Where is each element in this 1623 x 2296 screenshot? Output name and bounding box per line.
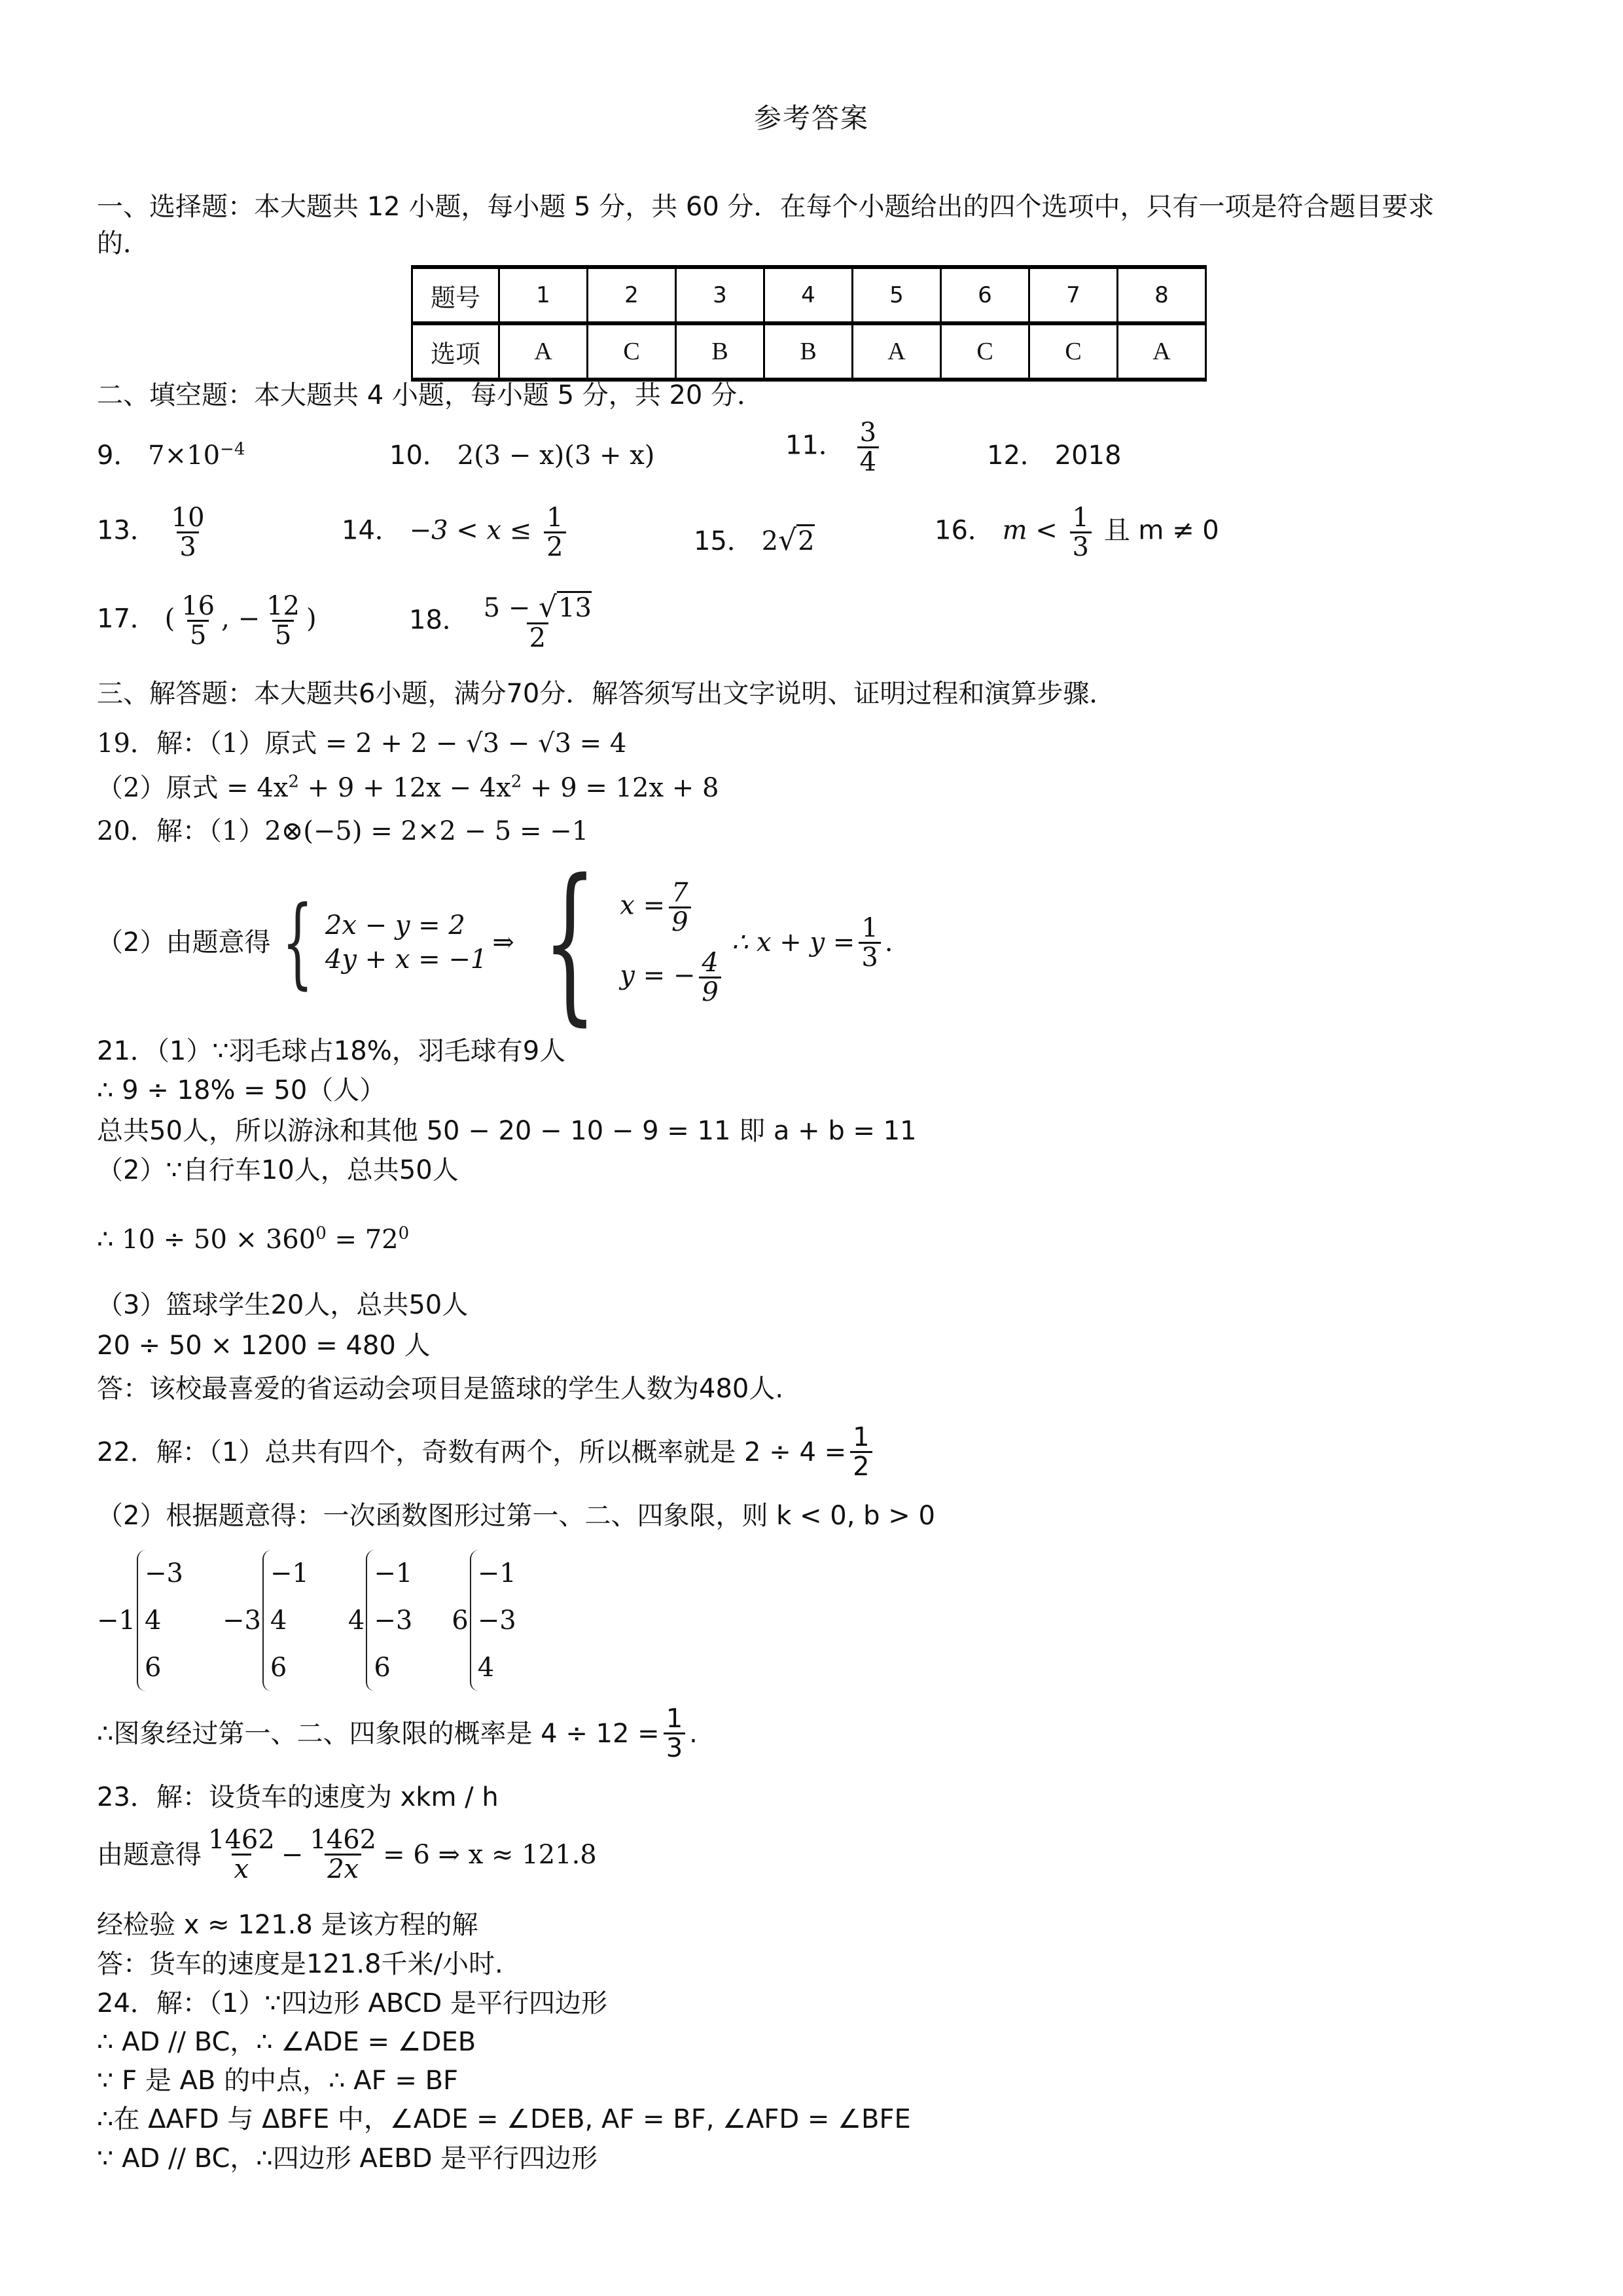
answer-14: 14． −3 < x ≤ 12: [342, 504, 570, 561]
row-header: 选项: [412, 323, 499, 380]
answer-17: 17． (165, −125): [97, 592, 317, 649]
fraction: 125: [264, 592, 302, 649]
fraction: 13: [1070, 504, 1092, 561]
q21-line3: 总共50人，所以游泳和其他 50 − 20 − 10 − 9 = 11 即 a …: [97, 1114, 917, 1148]
table-row-choices: 选项 A C B B A C C A: [412, 323, 1206, 380]
q24-line2: ∴ AD // BC，∴ ∠ADE = ∠DEB: [97, 2025, 476, 2059]
table-cell: C: [941, 323, 1029, 380]
section3-heading: 三、解答题：本大题共6小题，满分70分．解答须写出文字说明、证明过程和演算步骤．: [97, 677, 1115, 711]
q22-tree-diagram: −1 −346 −3 −146 4 −1−36 6 −1−34: [97, 1550, 556, 1691]
section1-heading: 一、选择题：本大题共 12 小题，每小题 5 分，共 60 分．在每个小题给出的…: [97, 190, 1435, 224]
q21-line1: 21．（1）∵羽毛球占18%，羽毛球有9人: [97, 1034, 565, 1068]
q20-part2: （2）由题意得 { 2x − y = 24y + x = −1 ⇒ { x =7…: [97, 857, 893, 1028]
q22-part2: （2）根据题意得：一次函数图形过第一、二、四象限，则 k < 0, b > 0: [97, 1499, 935, 1533]
table-cell: C: [588, 323, 676, 380]
q24-line5: ∵ AD // BC，∴四边形 AEBD 是平行四边形: [97, 2142, 597, 2176]
q21-line6: （3）篮球学生20人，总共50人: [97, 1288, 468, 1322]
table-cell: A: [853, 323, 941, 380]
tree-branch: −3 −146: [223, 1550, 309, 1691]
table-cell: 4: [764, 267, 853, 323]
table-cell: 2: [588, 267, 676, 323]
equation-system: { 2x − y = 24y + x = −1: [270, 893, 487, 992]
answer-13: 13． 103: [97, 504, 211, 561]
table-cell: 8: [1118, 267, 1206, 323]
answer-16: 16． m < 13 且 m ≠ 0: [935, 504, 1219, 561]
table-row-numbers: 题号 1 2 3 4 5 6 7 8: [412, 267, 1206, 323]
q22-part1: 22．解：（1）总共有四个，奇数有两个，所以概率就是 2 ÷ 4 = 12: [97, 1424, 876, 1480]
q24-line4: ∴在 ΔAFD 与 ΔBFE 中，∠ADE = ∠DEB, AF = BF, ∠…: [97, 2102, 911, 2136]
table-cell: 3: [676, 267, 764, 323]
q21-line7: 20 ÷ 50 × 1200 = 480 人: [97, 1329, 431, 1363]
q21-line2: ∴ 9 ÷ 18% = 50（人）: [97, 1073, 385, 1107]
answer-11: 11． 34: [785, 419, 883, 476]
q21-answer: 答：该校最喜爱的省运动会项目是篮球的学生人数为480人.: [97, 1372, 783, 1406]
answer-12: 12． 2018: [987, 439, 1121, 473]
table-cell: A: [1118, 323, 1206, 380]
table-cell: 7: [1029, 267, 1118, 323]
tree-branch: 4 −1−36: [348, 1550, 412, 1691]
q23-check: 经检验 x ≈ 121.8 是该方程的解: [97, 1908, 478, 1942]
fraction: 12: [544, 504, 565, 561]
tree-branch: 6 −1−34: [452, 1550, 516, 1691]
answer-10: 10． 2(3 − x)(3 + x): [389, 439, 654, 473]
table-cell: C: [1029, 323, 1118, 380]
q21-line5: ∴ 10 ÷ 50 × 3600 = 720: [97, 1223, 409, 1257]
table-cell: 6: [941, 267, 1029, 323]
q24-line1: 24．解：（1）∵四边形 ABCD 是平行四边形: [97, 1986, 607, 2020]
q23-line1: 23．解：设货车的速度为 xkm / h: [97, 1780, 499, 1814]
fraction: 34: [857, 419, 879, 476]
q19-part1: 19．解：（1）原式 = 2 + 2 − √3 − √3 = 4: [97, 726, 626, 761]
table-cell: B: [676, 323, 764, 380]
page-title: 参考答案: [0, 97, 1623, 136]
q19-part2: （2）原式 = 4x2 + 9 + 12x − 4x2 + 9 = 12x + …: [97, 771, 719, 805]
q22-conclusion: ∴图象经过第一、二、四象限的概率是 4 ÷ 12 = 13.: [97, 1705, 698, 1762]
tree-branch: −1 −346: [97, 1550, 183, 1691]
answer-18: 18． 5 − √132: [409, 592, 598, 652]
section2-heading: 二、填空题：本大题共 4 小题，每小题 5 分，共 20 分．: [97, 378, 763, 412]
table-cell: 5: [853, 267, 941, 323]
section1-heading-cont: 的．: [97, 226, 149, 260]
q24-line3: ∵ F 是 AB 的中点，∴ AF = BF: [97, 2064, 458, 2098]
q23-answer: 答：货车的速度是121.8千米/小时.: [97, 1947, 503, 1981]
row-header: 题号: [412, 267, 499, 323]
q21-line4: （2）∵自行车10人，总共50人: [97, 1153, 459, 1187]
table-cell: A: [499, 323, 588, 380]
table-cell: 1: [499, 267, 588, 323]
answer-15: 15． 2√2: [694, 524, 815, 558]
table-cell: B: [764, 323, 853, 380]
fraction: 165: [179, 592, 217, 649]
answer-9: 9． 7×10−4: [97, 439, 245, 473]
fraction: 5 − √132: [481, 592, 594, 652]
fraction: 103: [169, 504, 207, 561]
q20-part1: 20．解：（1）2⊗(−5) = 2×2 − 5 = −1: [97, 814, 588, 848]
answer-table: 题号 1 2 3 4 5 6 7 8 选项 A C B B A C C A: [411, 265, 1207, 382]
q23-equation: 由题意得 1462x − 14622x = 6 ⇒ x ≈ 121.8: [97, 1826, 597, 1883]
solution-system: { x =79 y = −49: [520, 857, 725, 1028]
